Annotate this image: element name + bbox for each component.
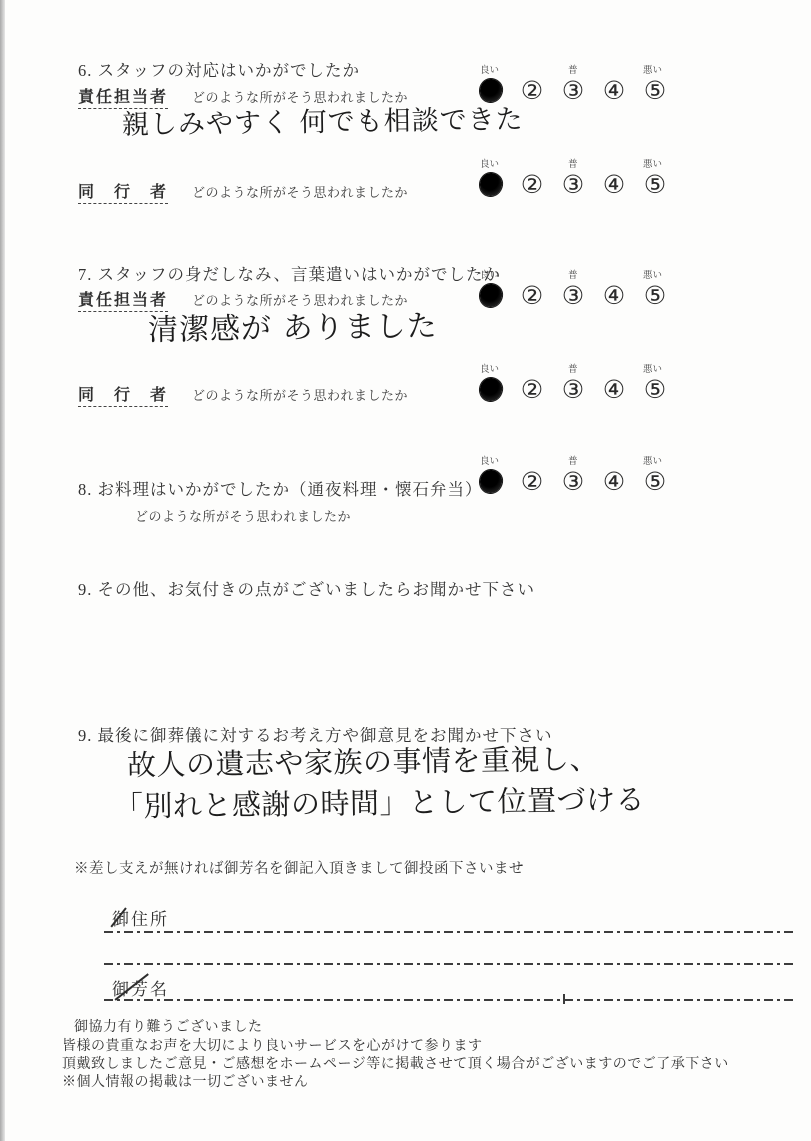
rating-label-normal: 普 — [568, 62, 578, 76]
stray-pen-mark — [563, 994, 565, 1004]
q7-companion-rating-scale: 良い 普 悪い ② ③ ④ ⑤ — [478, 361, 670, 407]
address-answer-line-2 — [104, 963, 794, 965]
q7-companion-prompt: どのような所がそう思われましたか — [192, 388, 408, 403]
address-answer-line — [104, 931, 794, 933]
q6-handwritten-answer: 親しみやすく 何でも相談できた — [122, 97, 524, 142]
rating-2-option: ② — [519, 468, 545, 494]
address-field-label: 御住所 — [112, 905, 169, 930]
footer-service-promise: 皆様の貴重なお声を大切により良いサービスを心がけて参ります — [62, 1035, 483, 1055]
rating-4-option: ④ — [601, 77, 627, 103]
rating-4-option: ④ — [601, 376, 627, 402]
rating-4-option: ④ — [601, 468, 627, 494]
rating-circles: ② ③ ④ ⑤ — [478, 282, 668, 308]
rating-1-selected-mark — [478, 171, 503, 197]
rating-label-bad: 悪い — [643, 156, 662, 170]
q6-companion-prompt: どのような所がそう思われましたか — [192, 185, 408, 200]
rating-label-bad: 悪い — [643, 62, 662, 76]
scan-edge-artifact — [0, 0, 5, 1141]
q7-handwritten-answer: 清潔感が ありました — [148, 301, 438, 349]
rating-2-option: ② — [519, 376, 545, 402]
survey-page: 6. スタッフの対応はいかがでしたか 良い 普 悪い ② ③ ④ ⑤ 責任担当者… — [0, 0, 811, 1141]
question-6-title: 6. スタッフの対応はいかがでしたか — [78, 57, 360, 81]
rating-label-bad: 悪い — [643, 267, 662, 281]
rating-label-bad: 悪い — [643, 453, 662, 467]
rating-label-good: 良い — [480, 62, 499, 76]
q8-prompt: どのような所がそう思われましたか — [135, 506, 351, 525]
q9-handwritten-answer-line1: 故人の遺志や家族の事情を重視し、 — [127, 737, 600, 785]
rating-label-good: 良い — [480, 453, 499, 467]
rating-label-normal: 普 — [568, 453, 578, 467]
rating-circles: ② ③ ④ ⑤ — [478, 468, 668, 494]
rating-5-option: ⑤ — [642, 376, 668, 402]
q9-handwritten-answer-line2: 「別れと感謝の時間」として位置づける — [114, 777, 646, 825]
rating-label-good: 良い — [480, 361, 499, 375]
question-7-title: 7. スタッフの身だしなみ、言葉遣いはいかがでしたか — [78, 261, 501, 285]
rating-label-normal: 普 — [568, 361, 578, 375]
footer-privacy-notice: ※個人情報の掲載は一切ございません — [62, 1071, 309, 1091]
signature-request-note: ※差し支えが無ければ御芳名を御記入頂きまして御投函下さいませ — [74, 857, 524, 878]
rating-label-normal: 普 — [568, 156, 578, 170]
footer-publication-notice: 頂戴致しましたご意見・ご感想をホームページ等に掲載させて頂く場合がございますので… — [62, 1053, 729, 1073]
rating-circles: ② ③ ④ ⑤ — [478, 376, 668, 402]
rating-5-option: ⑤ — [642, 77, 668, 103]
q7-responsible-rating-scale: 良い 普 悪い ② ③ ④ ⑤ — [478, 267, 670, 313]
q7-companion-row: 同 行 者どのような所がそう思われましたか — [78, 382, 408, 405]
footer-thanks: 御協力有り難うございました — [74, 1016, 263, 1036]
q6-companion-rating-scale: 良い 普 悪い ② ③ ④ ⑤ — [478, 156, 670, 202]
rating-3-option: ③ — [560, 468, 586, 494]
rating-3-option: ③ — [560, 77, 586, 103]
rating-5-option: ⑤ — [642, 171, 668, 197]
rating-label-normal: 普 — [568, 267, 578, 281]
rating-1-selected-mark — [478, 282, 503, 308]
rating-1-selected-mark — [478, 376, 503, 402]
rating-2-option: ② — [519, 282, 545, 308]
q6-companion-role-label: 同 行 者 — [78, 184, 168, 204]
rating-circles: ② ③ ④ ⑤ — [478, 171, 668, 197]
q8-rating-scale: 良い 普 悪い ② ③ ④ ⑤ — [478, 453, 670, 499]
rating-5-option: ⑤ — [642, 282, 668, 308]
q7-companion-role-label: 同 行 者 — [78, 387, 168, 407]
question-8-title: 8. お料理はいかがでしたか（通夜料理・懐石弁当） — [78, 476, 483, 500]
rating-3-option: ③ — [560, 282, 586, 308]
q6-companion-row: 同 行 者どのような所がそう思われましたか — [78, 179, 408, 202]
rating-label-bad: 悪い — [643, 361, 662, 375]
rating-label-good: 良い — [480, 267, 499, 281]
rating-4-option: ④ — [601, 282, 627, 308]
rating-label-good: 良い — [480, 156, 499, 170]
rating-4-option: ④ — [601, 171, 627, 197]
rating-3-option: ③ — [560, 376, 586, 402]
rating-5-option: ⑤ — [642, 468, 668, 494]
rating-2-option: ② — [519, 171, 545, 197]
question-9a-title: 9. その他、お気付きの点がございましたらお聞かせ下さい — [78, 576, 535, 600]
rating-3-option: ③ — [560, 171, 586, 197]
name-answer-line — [104, 999, 794, 1001]
